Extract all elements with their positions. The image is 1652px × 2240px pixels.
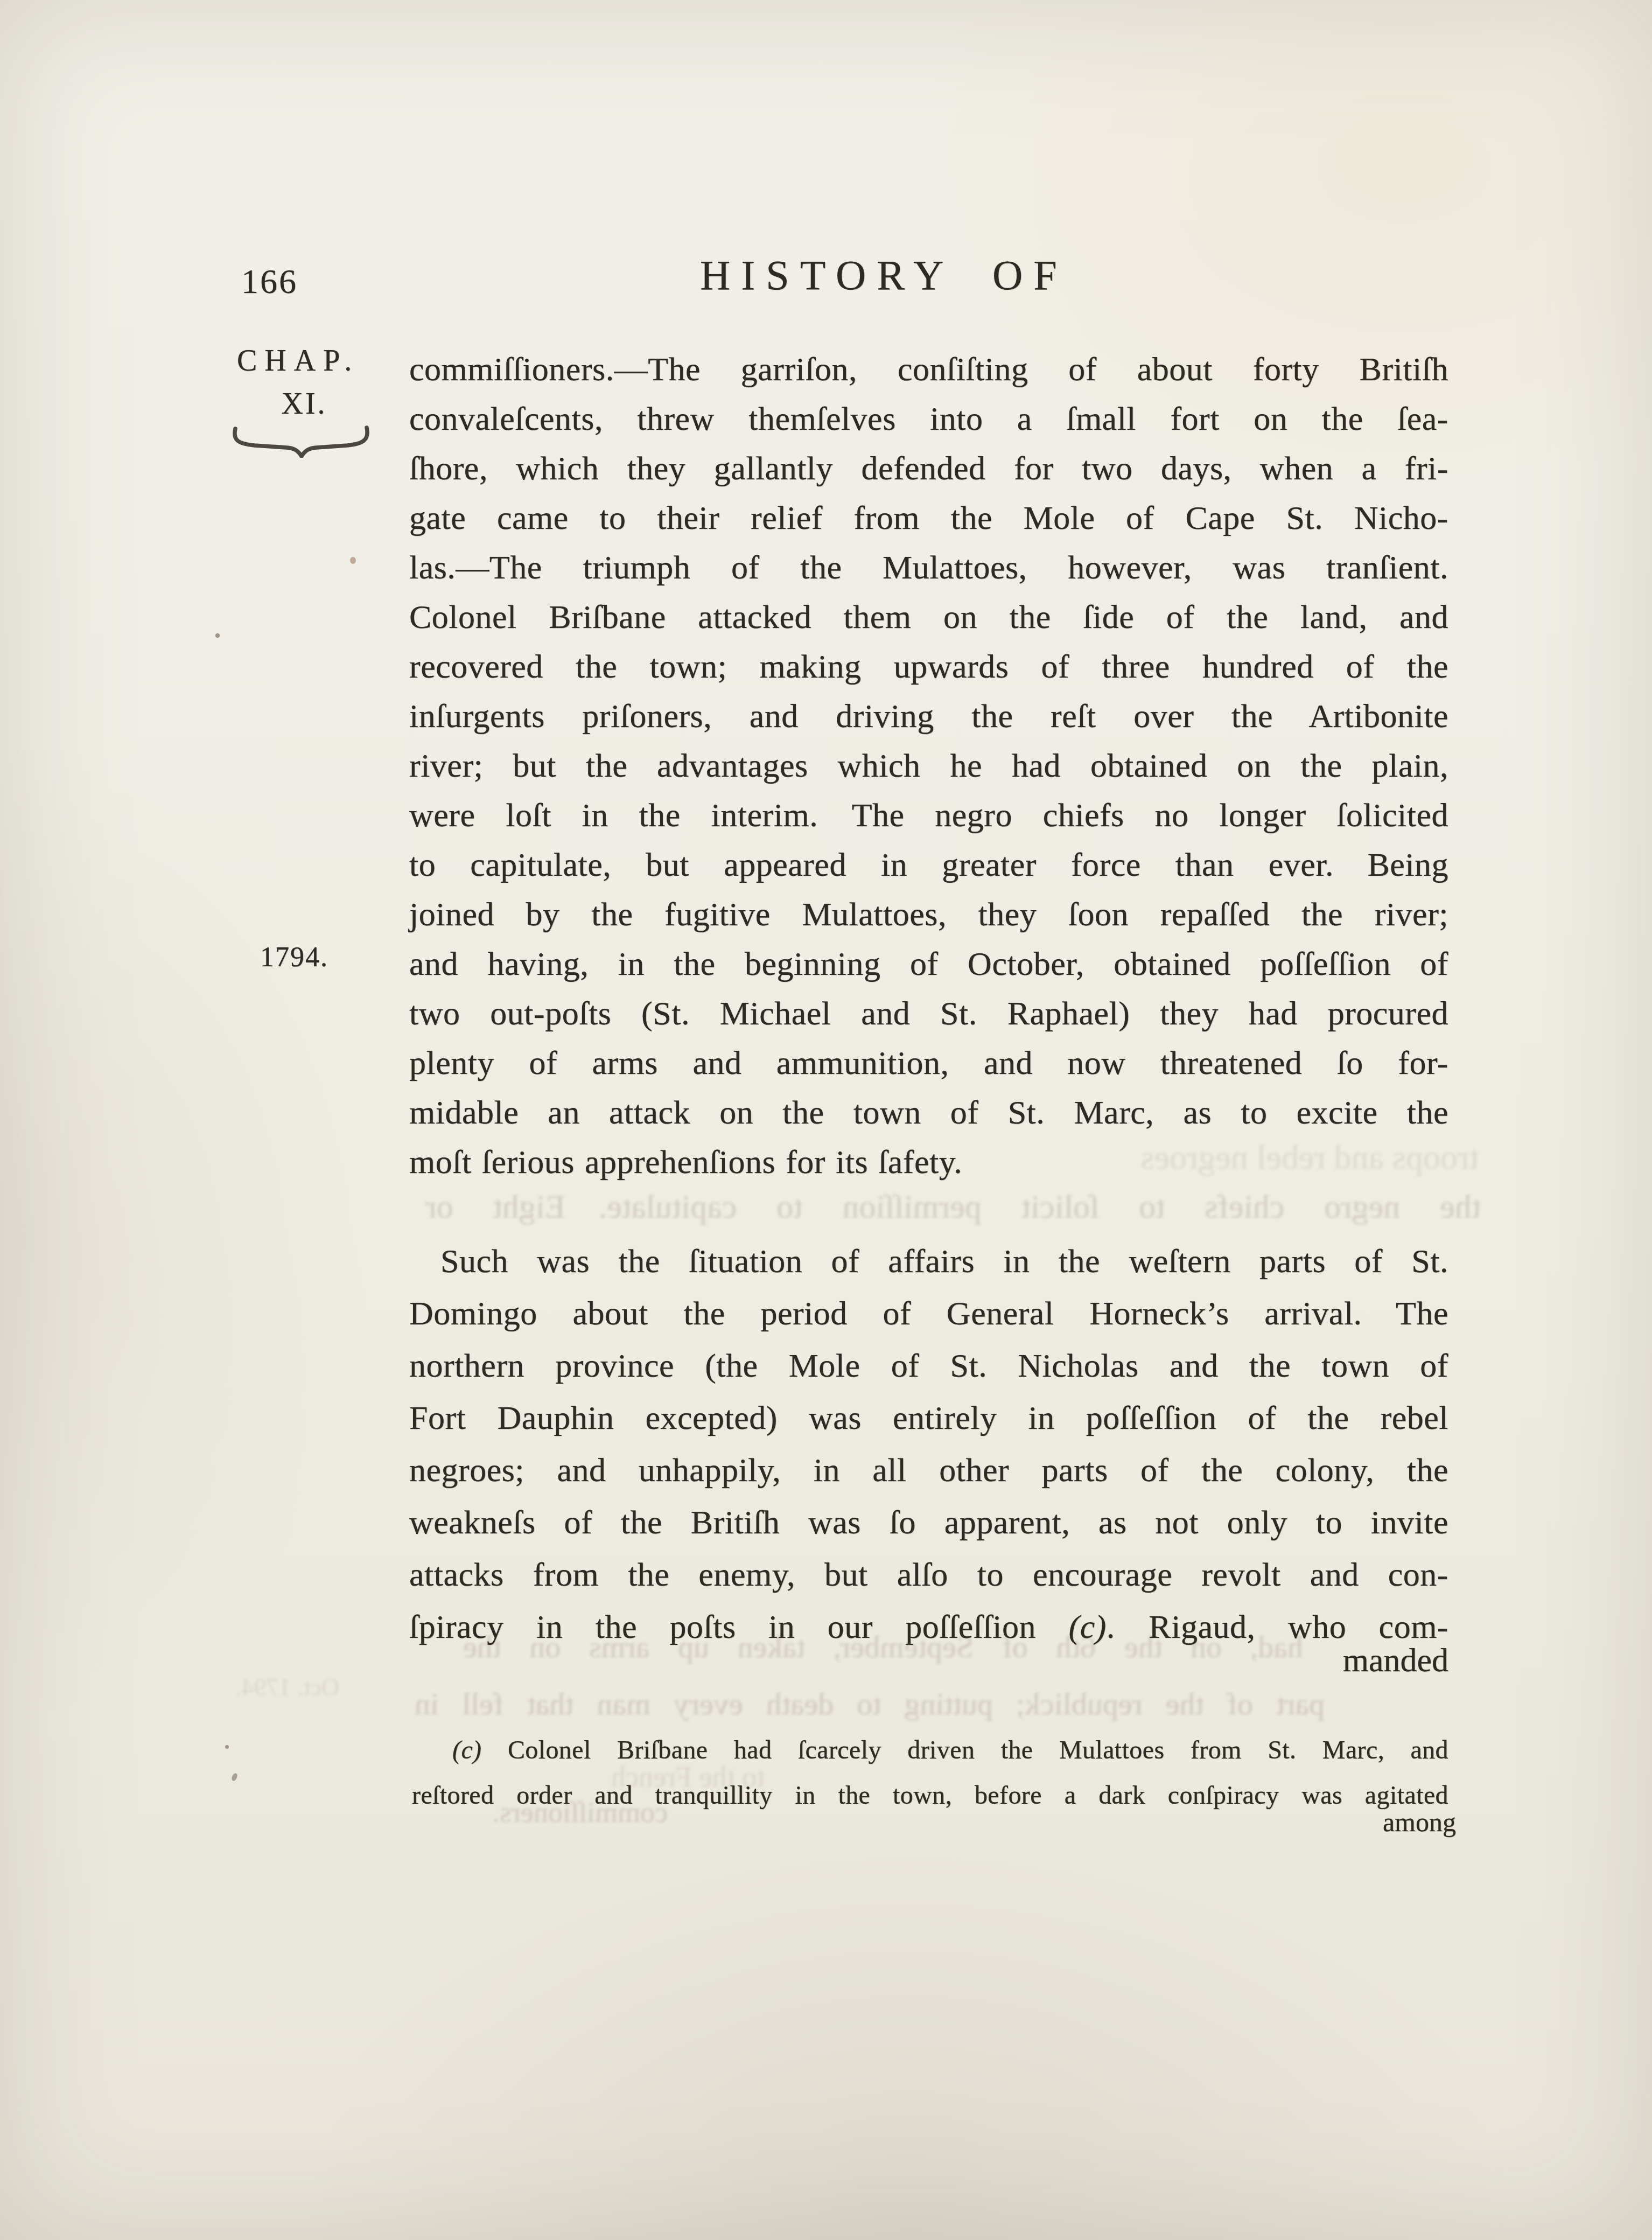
text-line: were loſt in the interim. The negro chie… [409,791,1448,840]
body-paragraph-2: Such was the ſituation of affairs in the… [409,1236,1448,1653]
text-line: two out-poſts (St. Michael and St. Rapha… [409,989,1448,1038]
bleedthrough-text: part of the republick; putting to death … [415,1686,1325,1722]
text-line: attacks from the enemy, but alſo to enco… [409,1549,1448,1601]
text-line: northern province (the Mole of St. Nicho… [409,1340,1448,1392]
text-line: Colonel Briſbane attacked them on the ſi… [409,592,1448,642]
text-line: to capitulate, but appeared in greater f… [409,840,1448,890]
catchword: manded [1343,1642,1448,1680]
bleedthrough-text: commiſſioners. [436,1796,668,1829]
text-line: inſurgents priſoners, and driving the re… [409,692,1448,741]
text-line: Fort Dauphin excepted) was entirely in p… [409,1392,1448,1445]
text-line: ſhore, which they gallantly defended for… [409,444,1448,493]
bleedthrough-margin-note: Oct. 1794. [232,1673,339,1701]
text-line: commiſſioners.—The garriſon, conſiſting … [409,345,1448,394]
text-line: negroes; and unhappily, in all other par… [409,1445,1448,1497]
text-line: convaleſcents, threw themſelves into a ſ… [409,394,1448,444]
paper-speck [350,557,356,564]
footnote-catchword: among [1383,1806,1456,1838]
text-line: gate came to their relief from the Mole … [409,493,1448,543]
chapter-label: CHAP. [237,344,359,378]
chapter-numeral: XI. [232,387,377,421]
text-line: plenty of arms and ammunition, and now t… [409,1038,1448,1088]
bleedthrough-text: had, on the 6th of September, taken up a… [463,1629,1303,1665]
text-line: weakneſs of the Britiſh was ſo apparent,… [409,1497,1448,1549]
text-line: las.—The triumph of the Mulattoes, howev… [409,543,1448,592]
bleedthrough-text: troops and rebel negroes [1023,1138,1479,1177]
paper-speck [231,1773,237,1782]
body-paragraph-1: commiſſioners.—The garriſon, conſiſting … [409,345,1448,1187]
text-line: recovered the town; making upwards of th… [409,642,1448,692]
paper-speck [225,1745,229,1749]
page-number: 166 [241,262,298,302]
book-page: 166 HISTORY OF CHAP. XI. 1794. commiſſio… [0,0,1652,2240]
text-line: Domingo about the period of General Horn… [409,1288,1448,1340]
text-line: midable an attack on the town of St. Mar… [409,1088,1448,1138]
running-title: HISTORY OF [700,251,1068,299]
text-line: and having, in the beginning of October,… [409,939,1448,989]
text-line: joined by the fugitive Mulattoes, they ſ… [409,890,1448,939]
paper-speck [215,633,220,638]
margin-year-note: 1794. [260,941,328,973]
text-line: Such was the ſituation of affairs in the… [409,1236,1448,1288]
bleedthrough-text: to the French [485,1760,765,1794]
text-line: river; but the advantages which he had o… [409,741,1448,791]
bleedthrough-text: the negro chiefs to ſolicit permiſſion t… [425,1188,1481,1226]
chapter-brace-icon [231,425,373,460]
